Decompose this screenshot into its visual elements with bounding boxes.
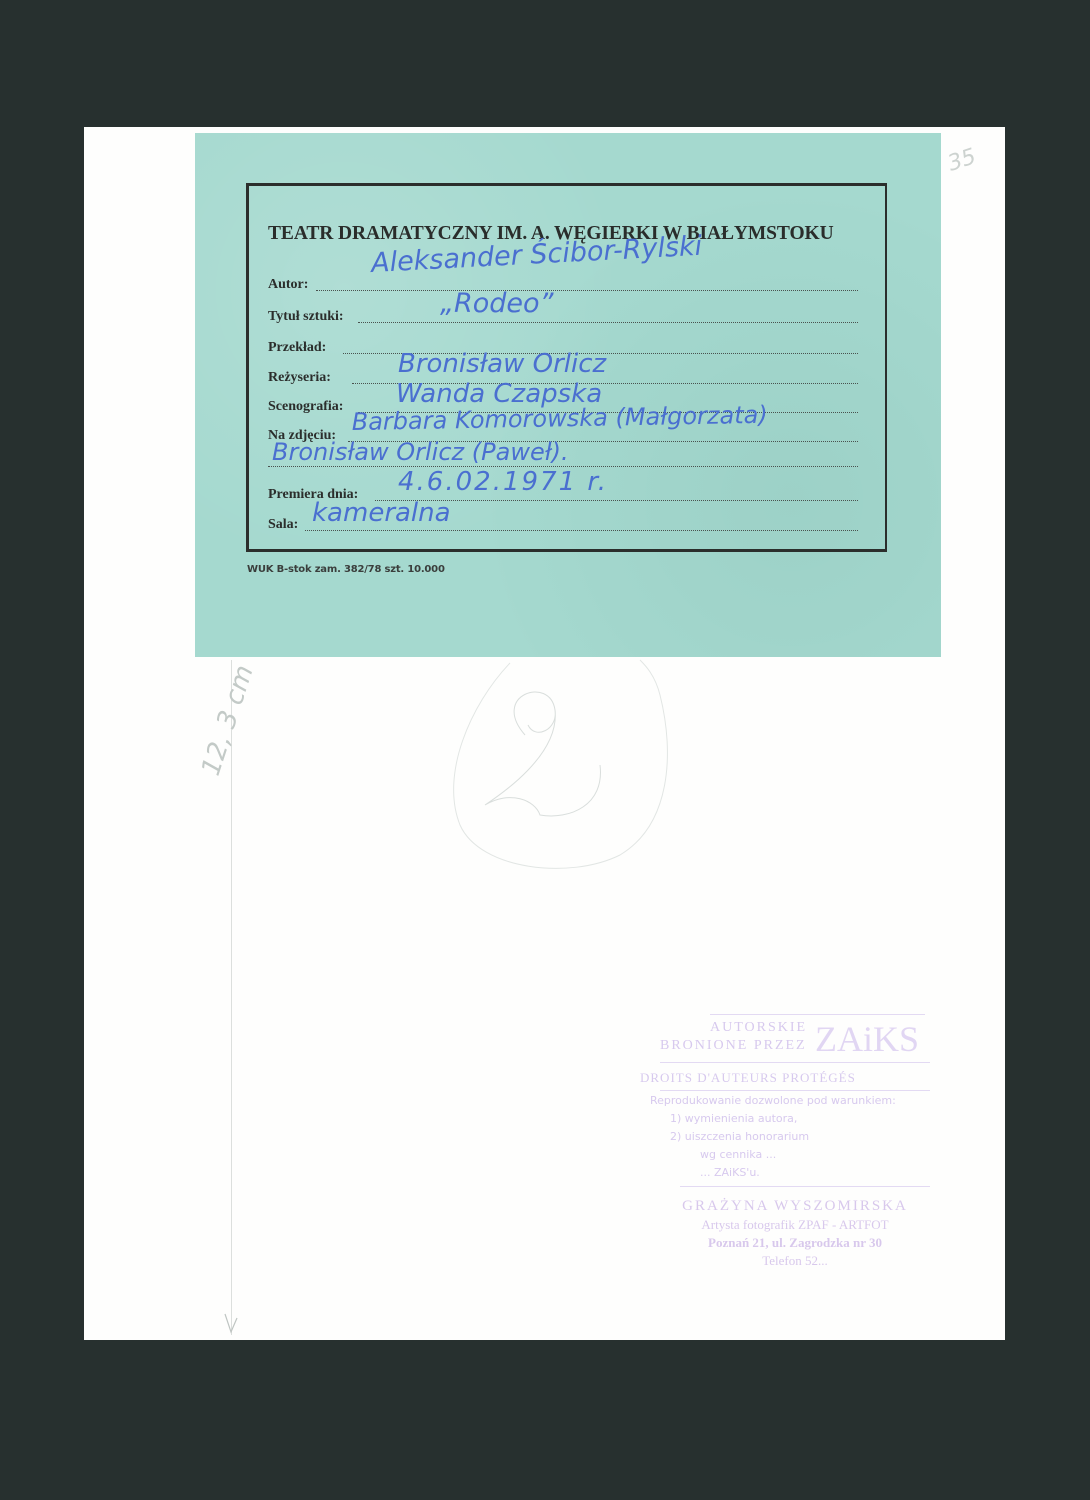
field-label-director: Reżyseria:: [268, 370, 331, 386]
pencil-doodle: [440, 655, 680, 885]
field-value-director: Bronisław Orlicz: [398, 349, 606, 379]
stamp-rule: [710, 1014, 925, 1015]
copyright-stamp: AUTORSKIE BRONIONE PRZEZ ZAiKS DROITS D'…: [640, 1006, 932, 1186]
photographer-address: Poznań 21, ul. Zagrodzka nr 30: [660, 1235, 930, 1251]
stamp-zaiks: ZAiKS: [815, 1018, 919, 1060]
field-value-premiere-date: 4.6.02.1971 r.: [398, 467, 608, 497]
photographer-phone: Telefon 52...: [660, 1253, 930, 1269]
stamp-line: AUTORSKIE: [710, 1020, 807, 1036]
field-label-set-design: Scenografia:: [268, 399, 343, 415]
field-label-translation: Przekład:: [268, 340, 326, 356]
stamp-line: Reprodukowanie dozwolone pod warunkiem:: [650, 1094, 896, 1107]
printer-code: WUK B-stok zam. 382/78 szt. 10.000: [247, 564, 445, 575]
field-line-hall: [305, 530, 858, 531]
photographer-stamp: GRAŻYNA WYSZOMIRSKA Artysta fotografik Z…: [660, 1198, 930, 1269]
field-line-title: [358, 322, 858, 323]
field-label-hall: Sala:: [268, 517, 298, 533]
field-value-pictured-continued: Bronisław Orlicz (Paweł).: [272, 438, 569, 466]
field-value-title: „Rodeo”: [440, 288, 554, 319]
field-label-title: Tytuł sztuki:: [268, 309, 344, 325]
pencil-guide-line: [231, 660, 232, 1335]
stamp-line: BRONIONE PRZEZ: [660, 1038, 807, 1054]
stamp-rule: [660, 1062, 930, 1063]
stamp-line: wg cennika ...: [700, 1148, 776, 1161]
photographer-title: Artysta fotografik ZPAF - ARTFOT: [660, 1217, 930, 1233]
stamp-rule: [680, 1186, 930, 1187]
stamp-rule: [660, 1090, 930, 1091]
field-label-author: Autor:: [268, 277, 308, 293]
stamp-line: 2) uiszczenia honorarium: [670, 1130, 809, 1143]
pencil-arrow-icon: [223, 1312, 239, 1334]
stamp-line: ... ZAiKS'u.: [700, 1166, 760, 1179]
stamp-line: 1) wymienienia autora,: [670, 1112, 797, 1125]
stamp-line: DROITS D'AUTEURS PROTÉGÉS: [640, 1070, 856, 1086]
field-line-author: [316, 290, 858, 291]
field-value-hall: kameralna: [312, 498, 451, 528]
photographer-name: GRAŻYNA WYSZOMIRSKA: [660, 1198, 930, 1215]
